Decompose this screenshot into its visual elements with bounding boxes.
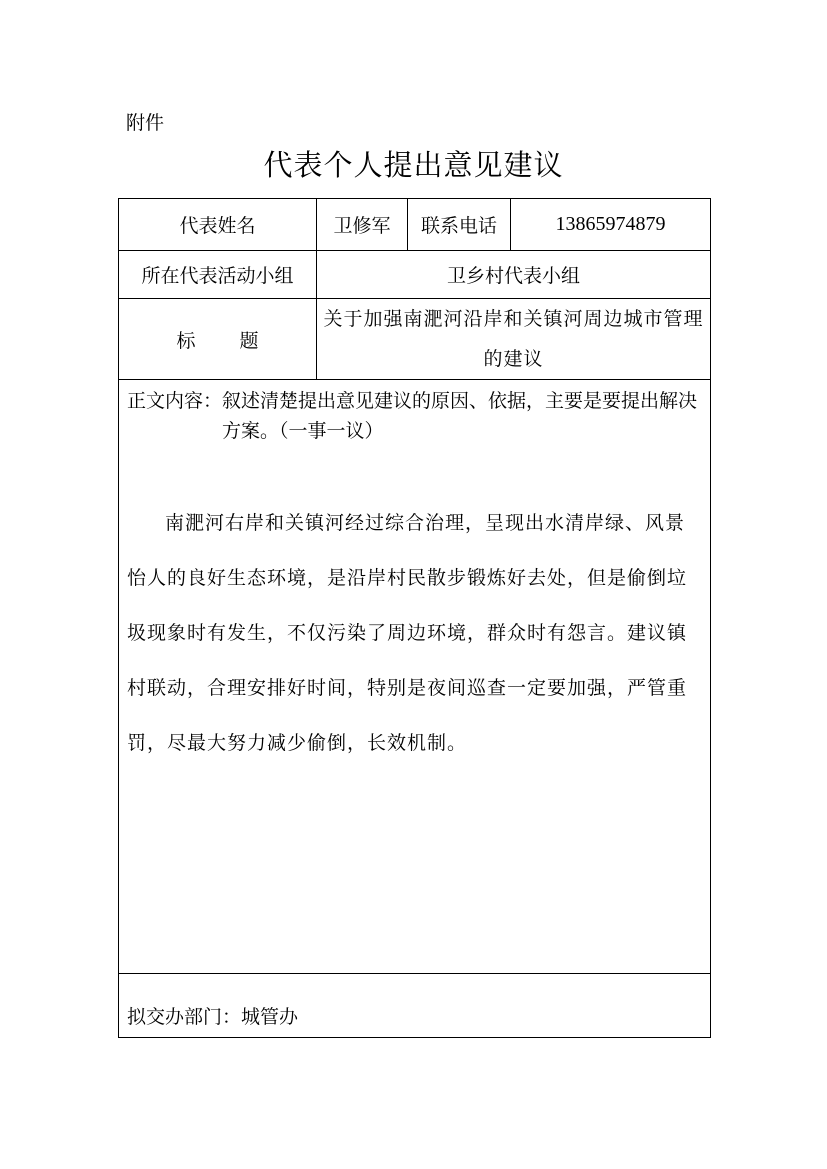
- body-label: 正文内容：: [127, 386, 222, 446]
- subject-row: 标题 关于加强南淝河沿岸和关镇河周边城市管理的建议: [119, 299, 711, 380]
- document-title: 代表个人提出意见建议: [0, 145, 827, 185]
- dept-value: 城管办: [241, 1006, 298, 1028]
- rep-name-label: 代表姓名: [119, 199, 317, 251]
- phone-label: 联系电话: [408, 199, 511, 251]
- body-instruction: 正文内容： 叙述清楚提出意见建议的原因、依据，主要是要提出解决方案。（一事一议）: [127, 386, 702, 446]
- body-text: 南淝河右岸和关镇河经过综合治理，呈现出水清岸绿、风景怡人的良好生态环境，是沿岸村…: [127, 496, 702, 771]
- subject-value: 关于加强南淝河沿岸和关镇河周边城市管理的建议: [317, 299, 711, 380]
- rep-name-value: 卫修军: [317, 199, 408, 251]
- dept-row: 拟交办部门：城管办: [119, 974, 711, 1038]
- subject-label-part-2: 题: [240, 330, 259, 352]
- body-row: 正文内容： 叙述清楚提出意见建议的原因、依据，主要是要提出解决方案。（一事一议）…: [119, 380, 711, 974]
- dept-label: 拟交办部门：: [127, 1006, 241, 1028]
- subject-label: 标题: [119, 299, 317, 380]
- body-cell: 正文内容： 叙述清楚提出意见建议的原因、依据，主要是要提出解决方案。（一事一议）…: [119, 380, 711, 974]
- phone-value: 13865974879: [511, 199, 711, 251]
- subject-label-part-1: 标: [176, 330, 195, 352]
- body-instruction-text: 叙述清楚提出意见建议的原因、依据，主要是要提出解决方案。（一事一议）: [222, 386, 702, 446]
- attachment-label: 附件: [126, 110, 164, 136]
- group-row: 所在代表活动小组 卫乡村代表小组: [119, 251, 711, 299]
- rep-info-row: 代表姓名 卫修军 联系电话 13865974879: [119, 199, 711, 251]
- group-value: 卫乡村代表小组: [317, 251, 711, 299]
- group-label: 所在代表活动小组: [119, 251, 317, 299]
- suggestion-form-table: 代表姓名 卫修军 联系电话 13865974879 所在代表活动小组 卫乡村代表…: [118, 198, 711, 1038]
- dept-cell: 拟交办部门：城管办: [119, 974, 711, 1038]
